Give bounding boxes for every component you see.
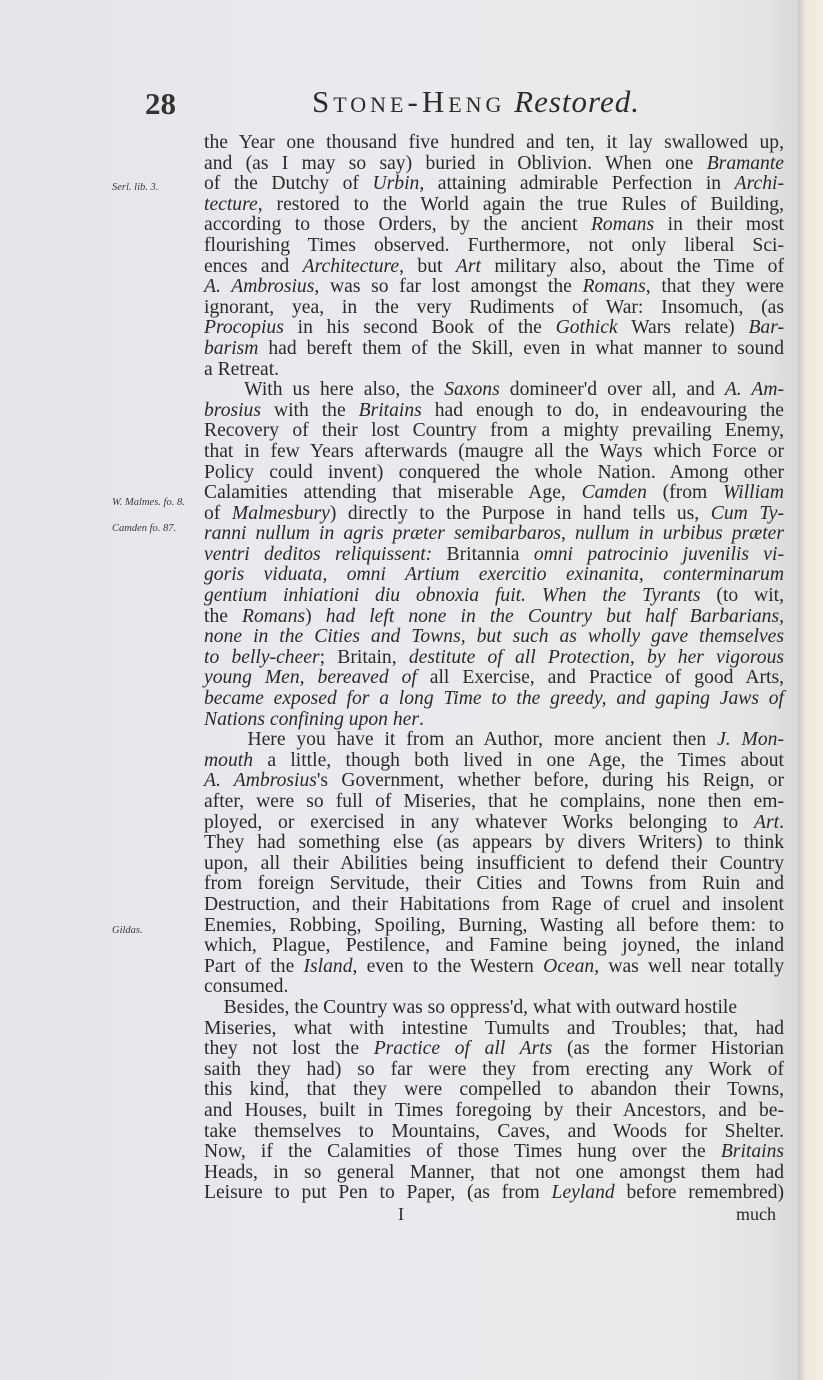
text-line: Recovery of their lost Country from a mi… — [204, 421, 784, 442]
text-line: They had something else (as appears by d… — [204, 833, 784, 854]
margin-note: W. Malmes. fo. 8. — [112, 496, 185, 509]
text-line: mouth a little, though both lived in one… — [204, 751, 784, 772]
text-line: that in few Years afterwards (maugre all… — [204, 442, 784, 463]
text-line: saith they had) so far were they from er… — [204, 1060, 784, 1081]
text-line: Enemies, Robbing, Spoiling, Burning, Was… — [204, 916, 784, 937]
text-line: according to those Orders, by the ancien… — [204, 215, 784, 236]
text-line: which, Plague, Pestilence, and Famine be… — [204, 936, 784, 957]
text-line: Calamities attending that miserable Age,… — [204, 483, 784, 504]
text-line: Besides, the Country was so oppress'd, w… — [204, 998, 784, 1019]
text-line: this kind, that they were compelled to a… — [204, 1080, 784, 1101]
text-line: ignorant, yea, in the very Rudiments of … — [204, 298, 784, 319]
text-line: none in the Cities and Towns, but such a… — [204, 627, 784, 648]
text-line: Destruction, and their Habitations from … — [204, 895, 784, 916]
text-line: gentium inhiationi diu obnoxia fuit. Whe… — [204, 586, 784, 607]
signature-mark: I — [398, 1204, 404, 1225]
text-line: flourishing Times observed. Furthermore,… — [204, 236, 784, 257]
text-line: A. Ambrosius's Government, whether befor… — [204, 771, 784, 792]
running-head: Stone-Heng Restored. — [312, 84, 640, 120]
text-line: Now, if the Calamities of those Times hu… — [204, 1142, 784, 1163]
text-line: goris viduata, omni Artium exercitio exi… — [204, 565, 784, 586]
text-line: became exposed for a long Time to the gr… — [204, 689, 784, 710]
text-line: barism had bereft them of the Skill, eve… — [204, 339, 784, 360]
text-line: to belly-cheer; Britain, destitute of al… — [204, 648, 784, 669]
margin-note: Gildas. — [112, 924, 143, 937]
text-line: brosius with the Britains had enough to … — [204, 401, 784, 422]
text-line: a Retreat. — [204, 360, 784, 381]
text-line: and Houses, built in Times foregoing by … — [204, 1101, 784, 1122]
text-line: of Malmesbury) directly to the Purpose i… — [204, 504, 784, 525]
catchword: much — [736, 1204, 776, 1225]
page-number: 28 — [145, 86, 176, 122]
margin-note: Camden fo. 87. — [112, 522, 176, 535]
page-edge — [798, 0, 823, 1380]
text-line: ences and Architecture, but Art military… — [204, 257, 784, 278]
running-head-title: Stone-Heng — [312, 84, 505, 119]
text-line: tecture, restored to the World again the… — [204, 195, 784, 216]
text-line: they not lost the Practice of all Arts (… — [204, 1039, 784, 1060]
text-line: Procopius in his second Book of the Goth… — [204, 318, 784, 339]
text-line: from foreign Servitude, their Cities and… — [204, 874, 784, 895]
text-line: Part of the Island, even to the Western … — [204, 957, 784, 978]
text-line: the Year one thousand five hundred and t… — [204, 133, 784, 154]
text-line: ventri deditos reliquissent: Britannia o… — [204, 545, 784, 566]
body-text: the Year one thousand five hundred and t… — [204, 133, 784, 1204]
text-line: and (as I may so say) buried in Oblivion… — [204, 154, 784, 175]
text-line: young Men, bereaved of all Exercise, and… — [204, 668, 784, 689]
text-line: ranni nullum in agris præter semibarbaro… — [204, 524, 784, 545]
text-line: Miseries, what with intestine Tumults an… — [204, 1019, 784, 1040]
text-line: consumed. — [204, 977, 784, 998]
text-line: of the Dutchy of Urbin, attaining admira… — [204, 174, 784, 195]
text-line: Policy could invent) conquered the whole… — [204, 463, 784, 484]
text-line: A. Ambrosius, was so far lost amongst th… — [204, 277, 784, 298]
text-line: the Romans) had left none in the Country… — [204, 607, 784, 628]
text-line: after, were so full of Miseries, that he… — [204, 792, 784, 813]
text-line: Nations confining upon her. — [204, 710, 784, 731]
text-line: With us here also, the Saxons domineer'd… — [204, 380, 784, 401]
running-head-italic: Restored. — [514, 84, 640, 119]
text-line: upon, all their Abilities being insuffic… — [204, 854, 784, 875]
margin-note: Serl. lib. 3. — [112, 181, 158, 194]
text-line: Heads, in so general Manner, that not on… — [204, 1163, 784, 1184]
text-line: Leisure to put Pen to Paper, (as from Le… — [204, 1183, 784, 1204]
text-line: ployed, or exercised in any whatever Wor… — [204, 813, 784, 834]
text-line: take themselves to Mountains, Caves, and… — [204, 1122, 784, 1143]
text-line: Here you have it from an Author, more an… — [204, 730, 784, 751]
